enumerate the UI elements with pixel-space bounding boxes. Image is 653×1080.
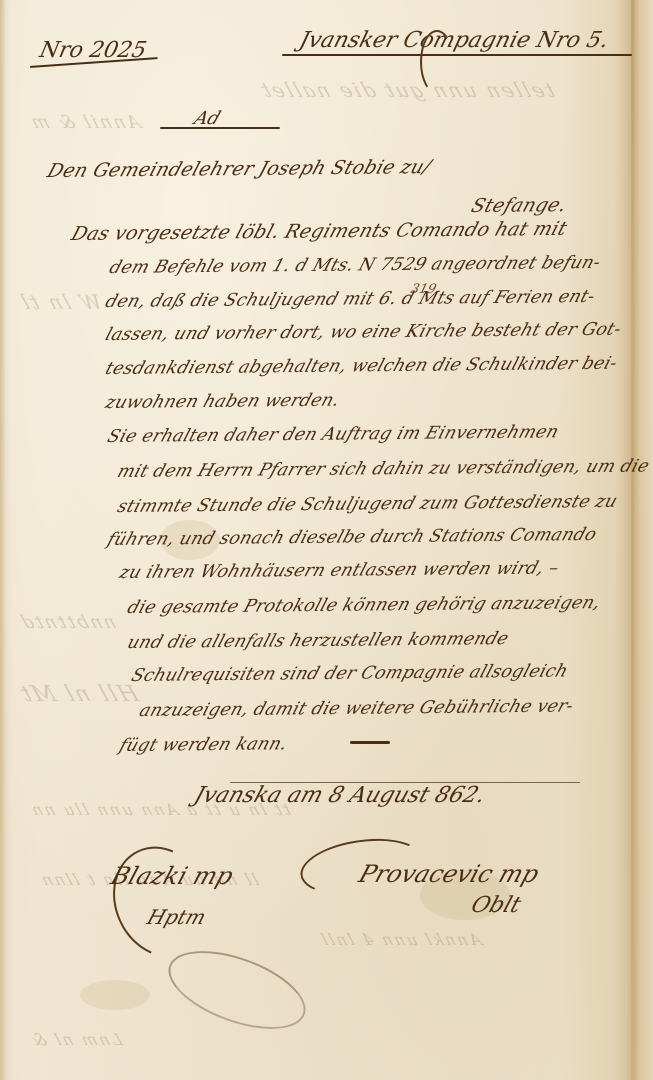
bleed-through-text: Lnm nl & (27, 1030, 126, 1049)
bleed-through-text: Annil & m (26, 112, 144, 133)
body-line: den, daß die Schuljugend mit 6. d Mts au… (103, 287, 598, 312)
body-line: führen, und sonach dieselbe durch Statio… (105, 525, 599, 550)
salutation: Ad (191, 108, 223, 129)
bleed-through-text: W ln tl (16, 290, 106, 314)
body-line: Schulrequisiten sind der Compagnie allso… (129, 661, 571, 686)
body-line: tesdankdienst abgehalten, welchen die Sc… (103, 354, 620, 379)
document-page: tellen unn gut die nallet Annil & m W ln… (0, 0, 653, 1080)
body-line: anzuzeigen, damit die weitere Gebührlich… (137, 696, 576, 721)
company-heading-underline (282, 54, 632, 56)
body-line: dem Befehle vom 1. d Mts. N 7529 angeord… (107, 253, 603, 278)
salutation-underline (160, 127, 280, 129)
date-line-stroke (230, 782, 580, 783)
binding-gutter (631, 0, 634, 1080)
bleed-through-text: nnbttntd (16, 612, 119, 633)
signatory-name: Provacevic mp (355, 860, 542, 888)
body-line: zuwohnen haben werden. (103, 391, 342, 413)
signatory-rank: Oblt (468, 893, 524, 918)
body-line: lassen, und vorher dort, wo eine Kirche … (103, 320, 624, 345)
page-left-edge (0, 0, 6, 1080)
body-line: mit dem Herrn Pfarrer sich dahin zu vers… (115, 456, 653, 482)
company-heading: Jvansker Compagnie Nro 5. (297, 28, 612, 53)
bleed-through-text: tellen unn gut die nallet (256, 78, 558, 102)
bleed-through-text: Hll nl Mt (15, 682, 142, 707)
addressee-place: Stefange. (469, 194, 570, 217)
body-line: Sie erhalten daher den Auftrag im Einver… (105, 422, 561, 447)
body-line: und die allenfalls herzustellen kommende (125, 629, 511, 653)
body-line: fügt werden kann. (117, 734, 290, 756)
signatory-name: Blazki mp (107, 862, 236, 890)
place-date: Jvanska am 8 August 862. (191, 783, 489, 808)
body-line: die gesamte Protokolle können gehörig an… (125, 593, 603, 618)
closing-dash (350, 741, 390, 744)
paper-stain (80, 980, 150, 1010)
signatory-rank: Hptm (144, 905, 209, 929)
body-line: stimmte Stunde die Schuljugend zum Gotte… (115, 492, 620, 517)
body-line: zu ihren Wohnhäusern entlassen werden wi… (117, 558, 562, 583)
body-line: Das vorgesetzte löbl. Regiments Comando … (69, 218, 570, 245)
addressee-line: Den Gemeindelehrer Joseph Stobie zu/ (45, 156, 434, 182)
bleed-through-text: Annkl unn 4 lnll (317, 930, 485, 949)
heading-flourish (420, 30, 454, 94)
